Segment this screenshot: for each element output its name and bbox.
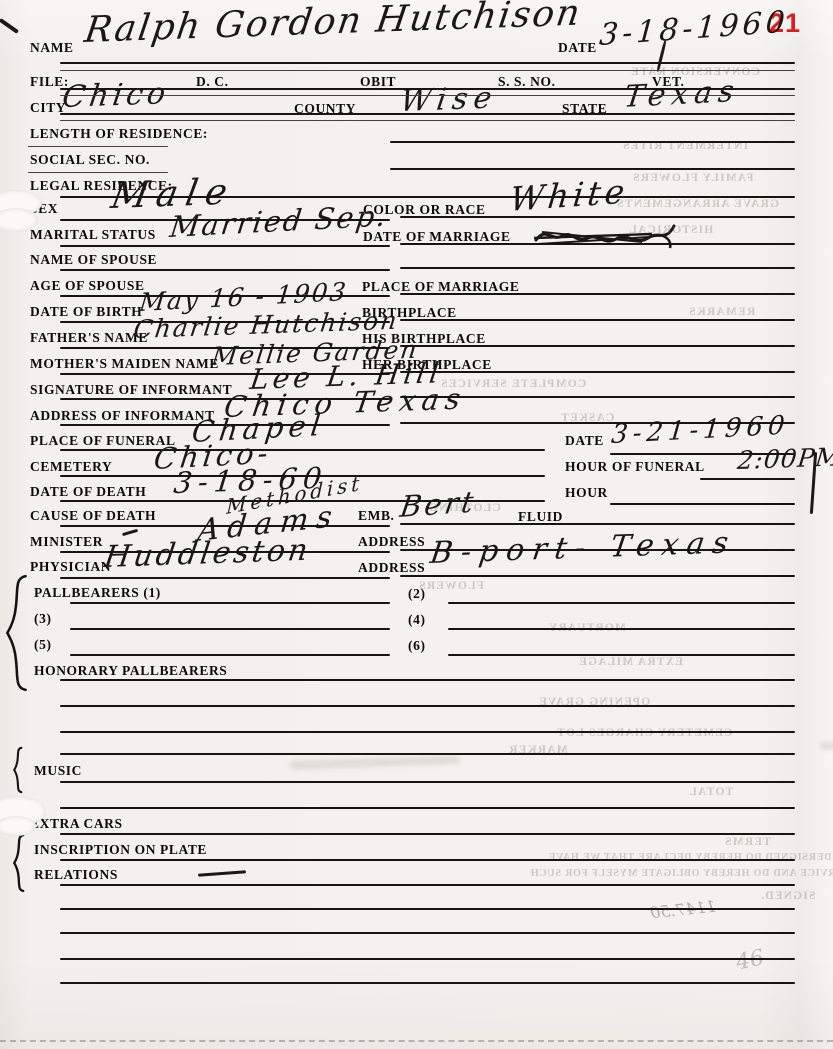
ruled-line <box>60 577 390 579</box>
minister-address-label: ADDRESS <box>358 534 425 550</box>
social-sec-no-label: SOCIAL SEC. NO. <box>30 152 150 168</box>
ruled-line <box>390 141 795 143</box>
ruled-line <box>60 321 390 323</box>
pallbearers-4-label: (4) <box>408 612 426 628</box>
minister-label: MINISTER <box>30 534 103 550</box>
ruled-line <box>70 628 390 630</box>
emb-label: EMB. <box>358 508 395 524</box>
name-value: Ralph Gordon Hutchison <box>82 0 584 51</box>
ruled-line <box>60 62 795 64</box>
ruled-line <box>400 345 795 347</box>
ruled-line <box>60 551 390 553</box>
physician-value: Huddleston <box>102 533 313 575</box>
ruled-line <box>60 245 390 247</box>
ruled-line <box>60 95 795 96</box>
ruled-line <box>400 575 795 577</box>
ruled-line <box>60 475 545 477</box>
ruled-line <box>60 449 545 451</box>
hour-of-funeral-value: 2:00PM <box>736 442 833 475</box>
ruled-line <box>70 654 390 656</box>
ruled-line <box>60 113 795 115</box>
ruled-line <box>400 267 795 269</box>
hour-of-funeral-label: HOUR OF FUNERAL <box>565 459 705 475</box>
length-of-residence-label: LENGTH OF RESIDENCE: <box>30 126 208 142</box>
pen-mark-top-left <box>0 18 19 33</box>
pencil-smudge <box>820 742 833 750</box>
ruled-line <box>610 503 795 505</box>
ruled-line <box>60 88 795 90</box>
ruled-line <box>60 932 795 934</box>
minister-dash-stroke <box>122 529 138 536</box>
ruled-line <box>448 628 795 630</box>
music-label: MUSIC <box>34 763 82 779</box>
ruled-line <box>60 525 390 527</box>
ruled-line <box>60 781 795 783</box>
ruled-line <box>60 958 795 960</box>
ruled-line <box>60 269 390 271</box>
honorary-pallbearers-label: HONORARY PALLBEARERS <box>34 663 227 679</box>
ruled-line <box>448 602 795 604</box>
pencil-smudge <box>290 755 460 770</box>
ruled-line <box>60 731 795 733</box>
physician-label: PHYSICIAN <box>30 559 111 575</box>
ruled-line <box>60 347 390 349</box>
ruled-line <box>60 679 795 681</box>
physician-address-label: ADDRESS <box>358 560 425 576</box>
ruled-line <box>60 295 390 297</box>
page-bottom-edge <box>0 1040 833 1042</box>
ruled-line <box>448 654 795 656</box>
funeral-record-form-page: 21 NAME DATE FILE: D. C. OBIT S. S. NO. … <box>0 0 833 1049</box>
date-label: DATE <box>558 40 597 56</box>
name-label: NAME <box>30 40 74 56</box>
ruled-line <box>400 243 795 245</box>
relations-label: RELATIONS <box>34 867 118 883</box>
address-of-informant-label: ADDRESS OF INFORMANT <box>30 408 215 424</box>
date-of-death-label: DATE OF DEATH <box>30 484 146 500</box>
ruled-line <box>400 422 795 424</box>
bleed-text: GRAVE ARRANGEMENTS <box>616 198 779 210</box>
ruled-line <box>700 478 795 480</box>
bleed-text: TOTAL <box>688 786 733 798</box>
ruled-line <box>400 523 795 525</box>
bleed-text: REMARKS <box>688 306 755 318</box>
music-brace <box>9 747 27 793</box>
cemetery-label: CEMETERY <box>30 459 112 475</box>
bleed-text: CEMETERY CHARGES LOT <box>556 727 733 739</box>
fathers-name-label: FATHER'S NAME <box>30 330 148 346</box>
mothers-maiden-name-label: MOTHER'S MAIDEN NAME <box>30 356 219 372</box>
extra-cars-label: EXTRA CARS <box>30 816 123 832</box>
name-of-spouse-label: NAME OF SPOUSE <box>30 252 157 268</box>
funeral-date-label: DATE <box>565 433 604 449</box>
ruled-line <box>60 908 795 910</box>
ruled-line <box>60 753 795 755</box>
bleed-text: SIGNED. <box>760 890 815 902</box>
ruled-line <box>60 398 390 400</box>
bleed-text: TERMS <box>724 836 771 848</box>
ruled-line <box>400 549 795 551</box>
inscription-relations-brace <box>9 834 29 892</box>
bleed-text: I THE UNDERSIGNED DO HEREBY DECLARE THAT… <box>548 852 833 863</box>
white-blob <box>0 816 36 836</box>
ruled-line <box>60 859 795 861</box>
ruled-line <box>60 807 795 809</box>
ruled-line <box>400 396 795 398</box>
bleed-text: COMPLETE SERVICES <box>440 378 586 390</box>
ruled-line <box>60 884 795 886</box>
bleed-text: FAMILY FLOWERS <box>632 172 754 184</box>
age-of-spouse-label: AGE OF SPOUSE <box>30 278 145 294</box>
pencil-mark: 46 <box>734 945 767 975</box>
ruled-line <box>610 453 795 455</box>
bleed-text: FLOWERS <box>418 580 484 592</box>
pallbearers-3-label: (3) <box>34 611 52 627</box>
place-of-funeral-label: PLACE OF FUNERAL <box>30 433 176 449</box>
ruled-line <box>400 293 795 295</box>
cause-of-death-label: CAUSE OF DEATH <box>30 508 156 524</box>
ruled-line <box>70 602 390 604</box>
ruled-line <box>60 833 795 835</box>
ruled-line <box>400 371 795 373</box>
ruled-line <box>400 319 795 321</box>
marital-status-label: MARITAL STATUS <box>30 227 156 243</box>
ruled-line <box>400 216 795 218</box>
pallbearers-5-label: (5) <box>34 637 52 653</box>
bleed-text: MERCHANDISE AND SERVICE AND DO HEREBY OB… <box>530 868 833 879</box>
pallbearers-6-label: (6) <box>408 638 426 654</box>
ruled-line <box>60 373 390 375</box>
hour-label: HOUR <box>565 485 608 501</box>
ruled-line <box>60 500 545 502</box>
pallbearers-brace <box>4 574 30 692</box>
bleed-text: HISTORICAL <box>628 224 713 236</box>
ruled-line <box>390 168 795 170</box>
ruled-line <box>60 219 390 221</box>
date-value: 3-18-1960 <box>598 4 790 53</box>
ruled-line <box>60 70 795 71</box>
ruled-line <box>60 982 795 984</box>
inscription-on-plate-label: INSCRIPTION ON PLATE <box>34 842 207 858</box>
bleed-text: CONVERSION RATE <box>630 66 760 78</box>
date-of-birth-label: DATE OF BIRTH <box>30 304 142 320</box>
pallbearers-1-label: PALLBEARERS (1) <box>34 585 161 601</box>
ruled-line <box>60 120 795 121</box>
ruled-line <box>28 172 168 173</box>
ruled-line <box>28 146 168 147</box>
bleed-text: EXTRA MILAGE <box>578 656 683 668</box>
ruled-line <box>60 424 390 426</box>
bleed-text: CLOTHING <box>428 502 501 514</box>
ruled-line <box>60 705 795 707</box>
ruled-line <box>60 196 795 198</box>
signature-of-informant-label: SIGNATURE OF INFORMANT <box>30 382 232 398</box>
relations-dash-stroke <box>198 870 246 876</box>
